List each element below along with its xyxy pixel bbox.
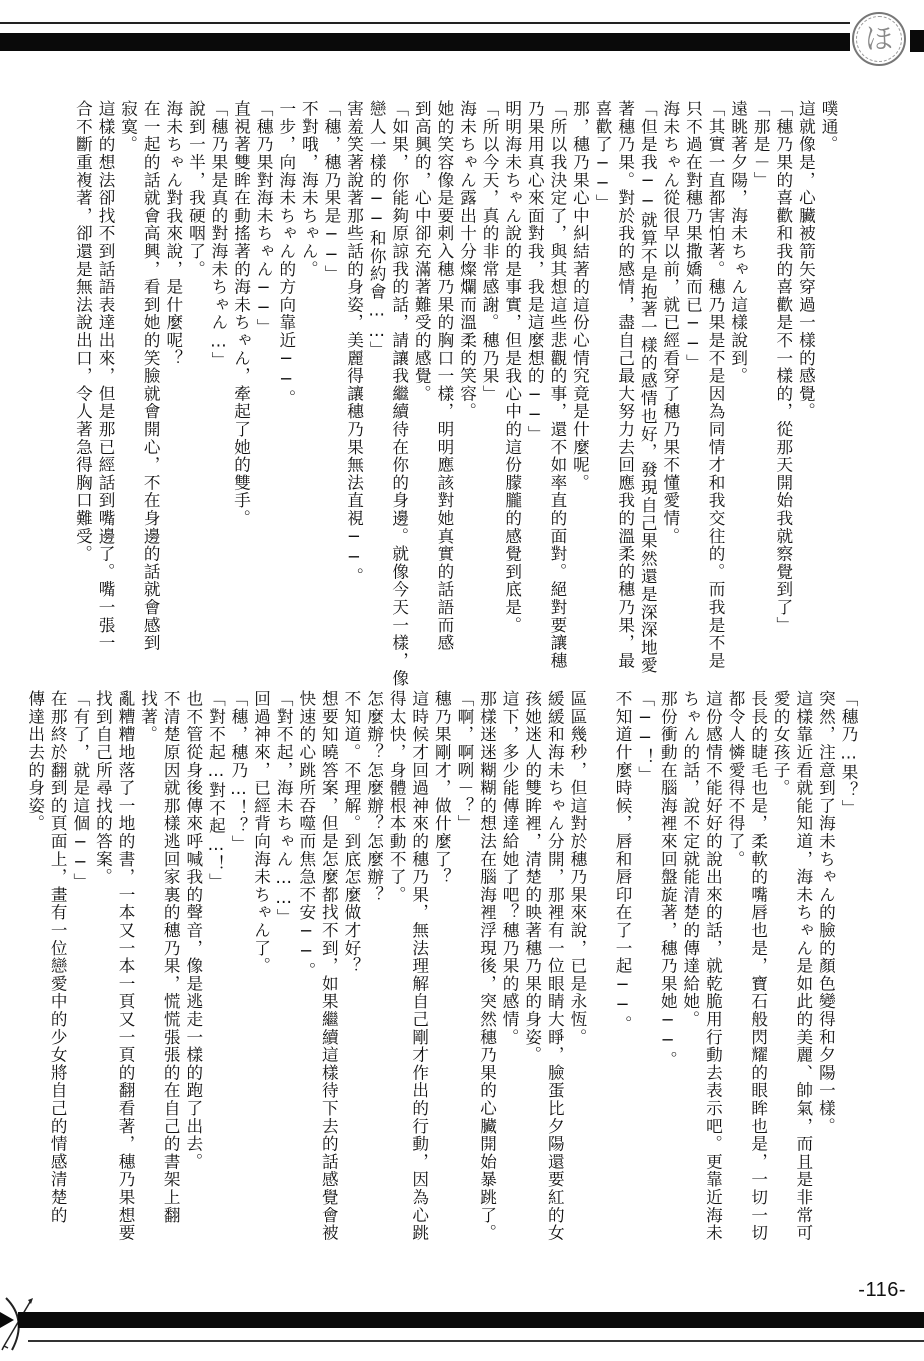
text-line: 那樣迷迷糊糊的想法在腦海裡浮現後，突然穗乃果的心臟開始暴跳了。 <box>475 690 498 1290</box>
text-line: 突然，注意到了海未ちゃん的臉的顏色變得和夕陽一樣。 <box>814 690 837 1290</box>
text-line: 怎麼辦？怎麼辦？怎麼辦？ <box>362 690 385 1290</box>
text-line: 海未ちゃん從很早以前，就已經看穿了穗乃果不懂愛情。 <box>658 100 681 660</box>
text-line: 也不管從身後傳來呼喊我的聲音，像是逃走一樣的跑了出去。 <box>181 690 204 1290</box>
text-line: 「有了，就是這個──」 <box>68 690 91 1290</box>
text-line: 這下，多少能傳達給她了吧？穗乃果的感情。 <box>498 690 521 1290</box>
bottom-text-block: 「穗乃…果？」突然，注意到了海未ちゃん的臉的顏色變得和夕陽一樣。這樣靠近看就能知… <box>23 690 859 1290</box>
text-line: 不清楚原因就那樣逃回家裏的穗乃果，慌慌張張的在自己的書架上翻 <box>159 690 182 1290</box>
text-line: 「如果，你能夠原諒我的話，請讓我繼續待在你的身邊。就像今天一樣，像 <box>387 100 410 660</box>
text-line: ちゃん的話，說不定就能清楚的傳達給她。 <box>678 690 701 1290</box>
text-line: 回過神來，已經背向海未ちゃん了。 <box>249 690 272 1290</box>
text-line: 說到一半，我硬咽了。 <box>184 100 207 660</box>
text-line: 「所以今天，真的非常感謝。穗乃果」 <box>478 100 501 660</box>
text-line: 「那是－」 <box>749 100 772 660</box>
top-text-block: 噗通。這就像是，心臟被箭矢穿過一樣的感覺。「穗乃果的喜歡和我的喜歡是不一樣的，從… <box>71 100 839 660</box>
text-line: 「對不起，海未ちゃん……」 <box>272 690 295 1290</box>
text-line: 「穗乃果是真的對海未ちゃん…」 <box>206 100 229 660</box>
text-line: 喜歡了──」 <box>590 100 613 660</box>
text-line: 快速的心跳所吞噬而焦急不安──。 <box>294 690 317 1290</box>
text-line: 遠眺著夕陽，海未ちゃん這樣說到。 <box>726 100 749 660</box>
text-line: 害羞笑著說著那些話的身姿，美麗得讓穗乃果無法直視──。 <box>342 100 365 660</box>
text-line: 那份衝動在腦海裡來回盤旋著，穗乃果她──。 <box>656 690 679 1290</box>
text-line: 不知道什麼時候，唇和唇印在了一起──。 <box>610 690 633 1290</box>
header-emblem-icon: ほ <box>852 12 906 66</box>
text-line: 這份感情不能好好的說出來的話，就乾脆用行動去表示吧。更靠近海未 <box>701 690 724 1290</box>
header-black-bar <box>0 33 850 51</box>
text-line: 「穗，穗乃果是──」 <box>319 100 342 660</box>
text-line: 這樣的想法卻找不到話語表達出來，但是那已經話到嘴邊了。嘴一張一 <box>93 100 116 660</box>
text-line: 到高興的，心中卻充滿著難受的感覺。 <box>410 100 433 660</box>
header-black-bar-end <box>910 30 924 52</box>
text-line: 找到自己所尋找的答案。 <box>91 690 114 1290</box>
text-line: 緩緩和海未ちゃん分開，那裡有一位眼睛大睜，臉蛋比夕陽還要紅的女 <box>543 690 566 1290</box>
text-line: 只不過在對穗乃果撒嬌而已──」 <box>681 100 704 660</box>
footer-black-bar <box>18 1312 924 1328</box>
text-line: 不知道。不理解。到底怎麼做才好？ <box>339 690 362 1290</box>
text-line: 不對哦，海未ちゃん。 <box>297 100 320 660</box>
footer-rule-line <box>28 1340 924 1342</box>
text-line: 一步，向海未ちゃん的方向靠近──。 <box>274 100 297 660</box>
page-number: -116- <box>858 1279 906 1302</box>
text-line: 「穗乃果的喜歡和我的喜歡是不一樣的，從那天開始我就察覺到了」 <box>771 100 794 660</box>
text-line: 「對不起…對不起…！」 <box>204 690 227 1290</box>
text-line: 「穗乃果對海未ちゃん──」 <box>252 100 275 660</box>
text-line: 直視著雙眸在動搖著的海未ちゃん，牽起了她的雙手。 <box>229 100 252 660</box>
text-line: 都令人憐愛得不得了。 <box>723 690 746 1290</box>
text-line: 「但是我──就算不是抱著一樣的感情也好，發現自己果然還是深深地愛 <box>636 100 659 660</box>
text-line: 「──！」 <box>633 690 656 1290</box>
text-line: 這就像是，心臟被箭矢穿過一樣的感覺。 <box>794 100 817 660</box>
header-rule-line <box>0 22 850 24</box>
text-line: 在一起的話就會高興，看到她的笑臉就會開心，不在身邊的話就會感到 <box>139 100 162 660</box>
text-line <box>588 690 611 1290</box>
text-line: 傳達出去的身姿。 <box>23 690 46 1290</box>
text-line: 穗乃果剛才，做什麼了？ <box>430 690 453 1290</box>
text-line: 得太快，身體根本動不了。 <box>385 690 408 1290</box>
text-line: 合不斷重複著，卻還是無法說出口，令人著急得胸口難受。 <box>71 100 94 660</box>
text-line: 在那終於翻到的頁面上，畫有一位戀愛中的少女將自己的情感清楚的 <box>46 690 69 1290</box>
text-line: 亂糟糟地落了一地的書，一本又一本一頁又一頁的翻看著，穗乃果想要 <box>113 690 136 1290</box>
text-line: 想要知曉答案，但是怎麼都找不到，如果繼續這樣待下去的話感覺會被 <box>317 690 340 1290</box>
text-line: 「穗，穗乃…！？」 <box>226 690 249 1290</box>
text-line: 海未ちゃん對我來說，是什麼呢？ <box>161 100 184 660</box>
text-line: 戀人一樣的──和你約會……」 <box>365 100 388 660</box>
text-line: 明明海未ちゃん說的是事實，但是我心中的這份朦朧的感覺到底是。 <box>500 100 523 660</box>
emblem-glyph: ほ <box>856 16 902 62</box>
text-line: 這時候才回過神來的穗乃果，無法理解自己剛才作出的行動，因為心跳 <box>407 690 430 1290</box>
text-line: 噗通。 <box>816 100 839 660</box>
text-line: 著穗乃果。對於我的感情，盡自己最大努力去回應我的溫柔的穗乃果，最 <box>613 100 636 660</box>
text-line: 這樣靠近看就能知道，海未ちゃん是如此的美麗、帥氣，而且是非常可 <box>791 690 814 1290</box>
text-line: 「穗乃…果？」 <box>836 690 859 1290</box>
text-line: 長長的睫毛也是，柔軟的嘴唇也是，寶石般閃耀的眼眸也是，一切一切 <box>746 690 769 1290</box>
text-line: 「啊，啊咧－？」 <box>452 690 475 1290</box>
text-line: 海未ちゃん露出十分燦爛而溫柔的笑容。 <box>455 100 478 660</box>
text-line: 找著。 <box>136 690 159 1290</box>
text-line: 「所以我決定了，與其想這些悲觀的事，還不如率直的面對。絕對要讓穗 <box>545 100 568 660</box>
text-line: 「其實一直都害怕著。穗乃果是不是因為同情才和我交往的。而我是不是 <box>703 100 726 660</box>
text-line: 寂寞。 <box>116 100 139 660</box>
text-line: 那，穗乃果心中糾結著的這份心情究竟是什麼呢。 <box>568 100 591 660</box>
text-line: 愛的女孩子。 <box>769 690 792 1290</box>
text-line: 區區幾秒，但這對於穗乃果來說，已是永恆。 <box>565 690 588 1290</box>
text-line: 她的笑容像是要刺入穗乃果的胸口一樣，明明應該對她真實的話語而感 <box>432 100 455 660</box>
text-line: 孩她迷人的雙眸裡，清楚的映著穗乃果的身姿。 <box>520 690 543 1290</box>
text-line: 乃果用真心來面對我，我是這麼想的──」 <box>523 100 546 660</box>
